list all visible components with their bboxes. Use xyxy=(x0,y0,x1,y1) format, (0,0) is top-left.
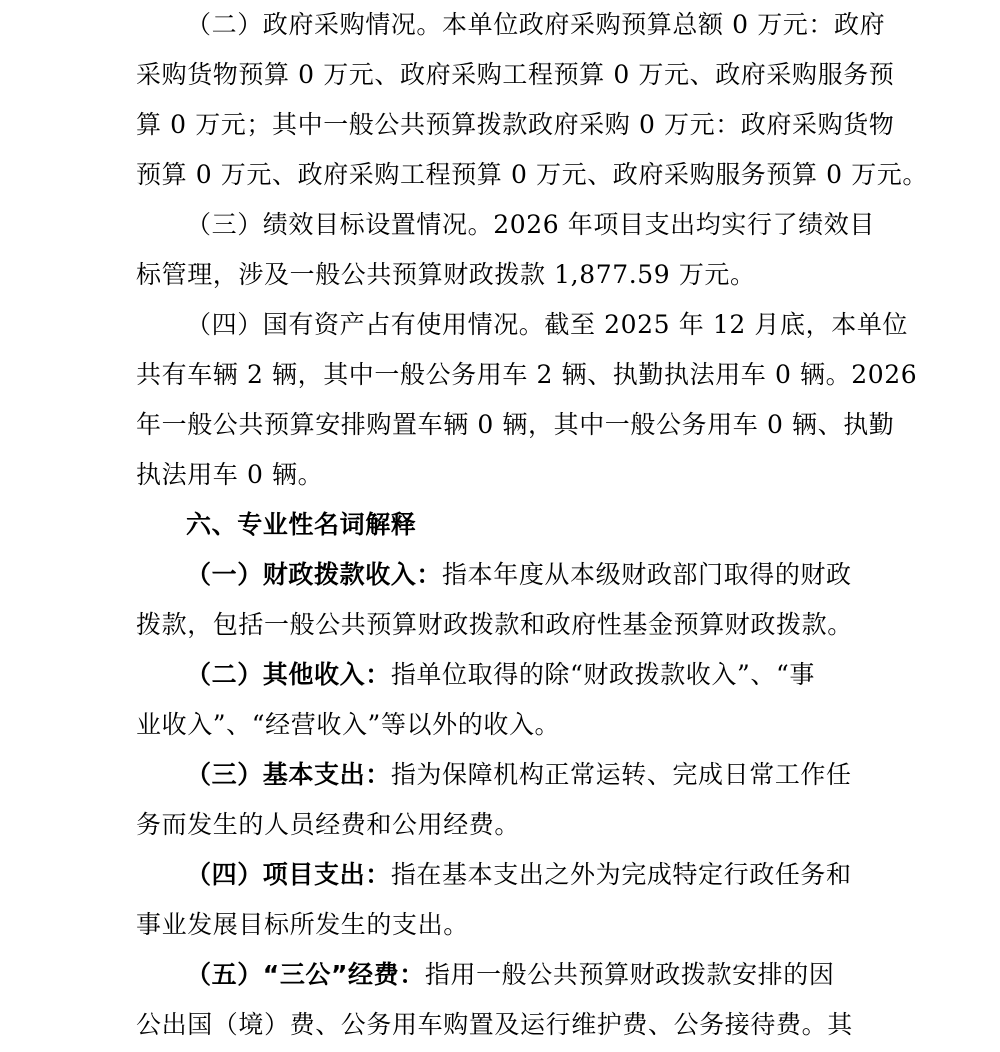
definition-text: 指单位取得的除“财政拨款收入”、“事 xyxy=(391,660,815,689)
definition-basic-expenditure-line-1: （三）基本支出：指为保障机构正常运转、完成日常工作任 xyxy=(186,750,852,800)
definition-term: （五）“三公”经费： xyxy=(186,960,425,989)
section-heading: 六、专业性名词解释 xyxy=(186,500,416,550)
definition-three-public-expenses-line-1: （五）“三公”经费：指用一般公共预算财政拨款安排的因 xyxy=(186,950,834,1000)
definition-term: （二）其他收入： xyxy=(186,660,391,689)
definition-other-income-line-1: （二）其他收入：指单位取得的除“财政拨款收入”、“事 xyxy=(186,650,815,700)
paragraph-gov-procurement-line-3: 算 0 万元；其中一般公共预算拨款政府采购 0 万元：政府采购货物 xyxy=(136,100,894,150)
definition-three-public-expenses-line-2: 公出国（境）费、公务用车购置及运行维护费、公务接待费。其 xyxy=(136,1000,853,1050)
definition-other-income-line-2: 业收入”、“经营收入”等以外的收入。 xyxy=(136,700,560,750)
paragraph-assets-line-4: 执法用车 0 辆。 xyxy=(136,450,323,500)
definition-project-expenditure-line-1: （四）项目支出：指在基本支出之外为完成特定行政任务和 xyxy=(186,850,852,900)
definition-text: 指本年度从本级财政部门取得的财政 xyxy=(442,560,852,589)
definition-fiscal-income-line-1: （一）财政拨款收入：指本年度从本级财政部门取得的财政 xyxy=(186,550,852,600)
definition-fiscal-income-line-2: 拨款，包括一般公共预算财政拨款和政府性基金预算财政拨款。 xyxy=(136,600,853,650)
definition-basic-expenditure-line-2: 务而发生的人员经费和公用经费。 xyxy=(136,800,520,850)
definition-term: （一）财政拨款收入： xyxy=(186,560,442,589)
paragraph-assets-line-2: 共有车辆 2 辆，其中一般公务用车 2 辆、执勤执法用车 0 辆。2026 xyxy=(136,350,917,400)
paragraph-performance-line-1: （三）绩效目标设置情况。2026 年项目支出均实行了绩效目 xyxy=(186,200,875,250)
definition-text: 指在基本支出之外为完成特定行政任务和 xyxy=(391,860,852,889)
paragraph-performance-line-2: 标管理，涉及一般公共预算财政拨款 1,877.59 万元。 xyxy=(136,250,756,300)
definition-term: （三）基本支出： xyxy=(186,760,391,789)
paragraph-gov-procurement-line-2: 采购货物预算 0 万元、政府采购工程预算 0 万元、政府采购服务预 xyxy=(136,50,894,100)
paragraph-gov-procurement-line-4: 预算 0 万元、政府采购工程预算 0 万元、政府采购服务预算 0 万元。 xyxy=(136,150,928,200)
definition-text: 指为保障机构正常运转、完成日常工作任 xyxy=(391,760,852,789)
paragraph-gov-procurement-line-1: （二）政府采购情况。本单位政府采购预算总额 0 万元：政府 xyxy=(186,0,885,50)
definition-term: （四）项目支出： xyxy=(186,860,391,889)
definition-project-expenditure-line-2: 事业发展目标所发生的支出。 xyxy=(136,900,469,950)
definition-text: 指用一般公共预算财政拨款安排的因 xyxy=(425,960,835,989)
paragraph-assets-line-1: （四）国有资产占有使用情况。截至 2025 年 12 月底，本单位 xyxy=(186,300,908,350)
paragraph-assets-line-3: 年一般公共预算安排购置车辆 0 辆，其中一般公务用车 0 辆、执勤 xyxy=(136,400,894,450)
